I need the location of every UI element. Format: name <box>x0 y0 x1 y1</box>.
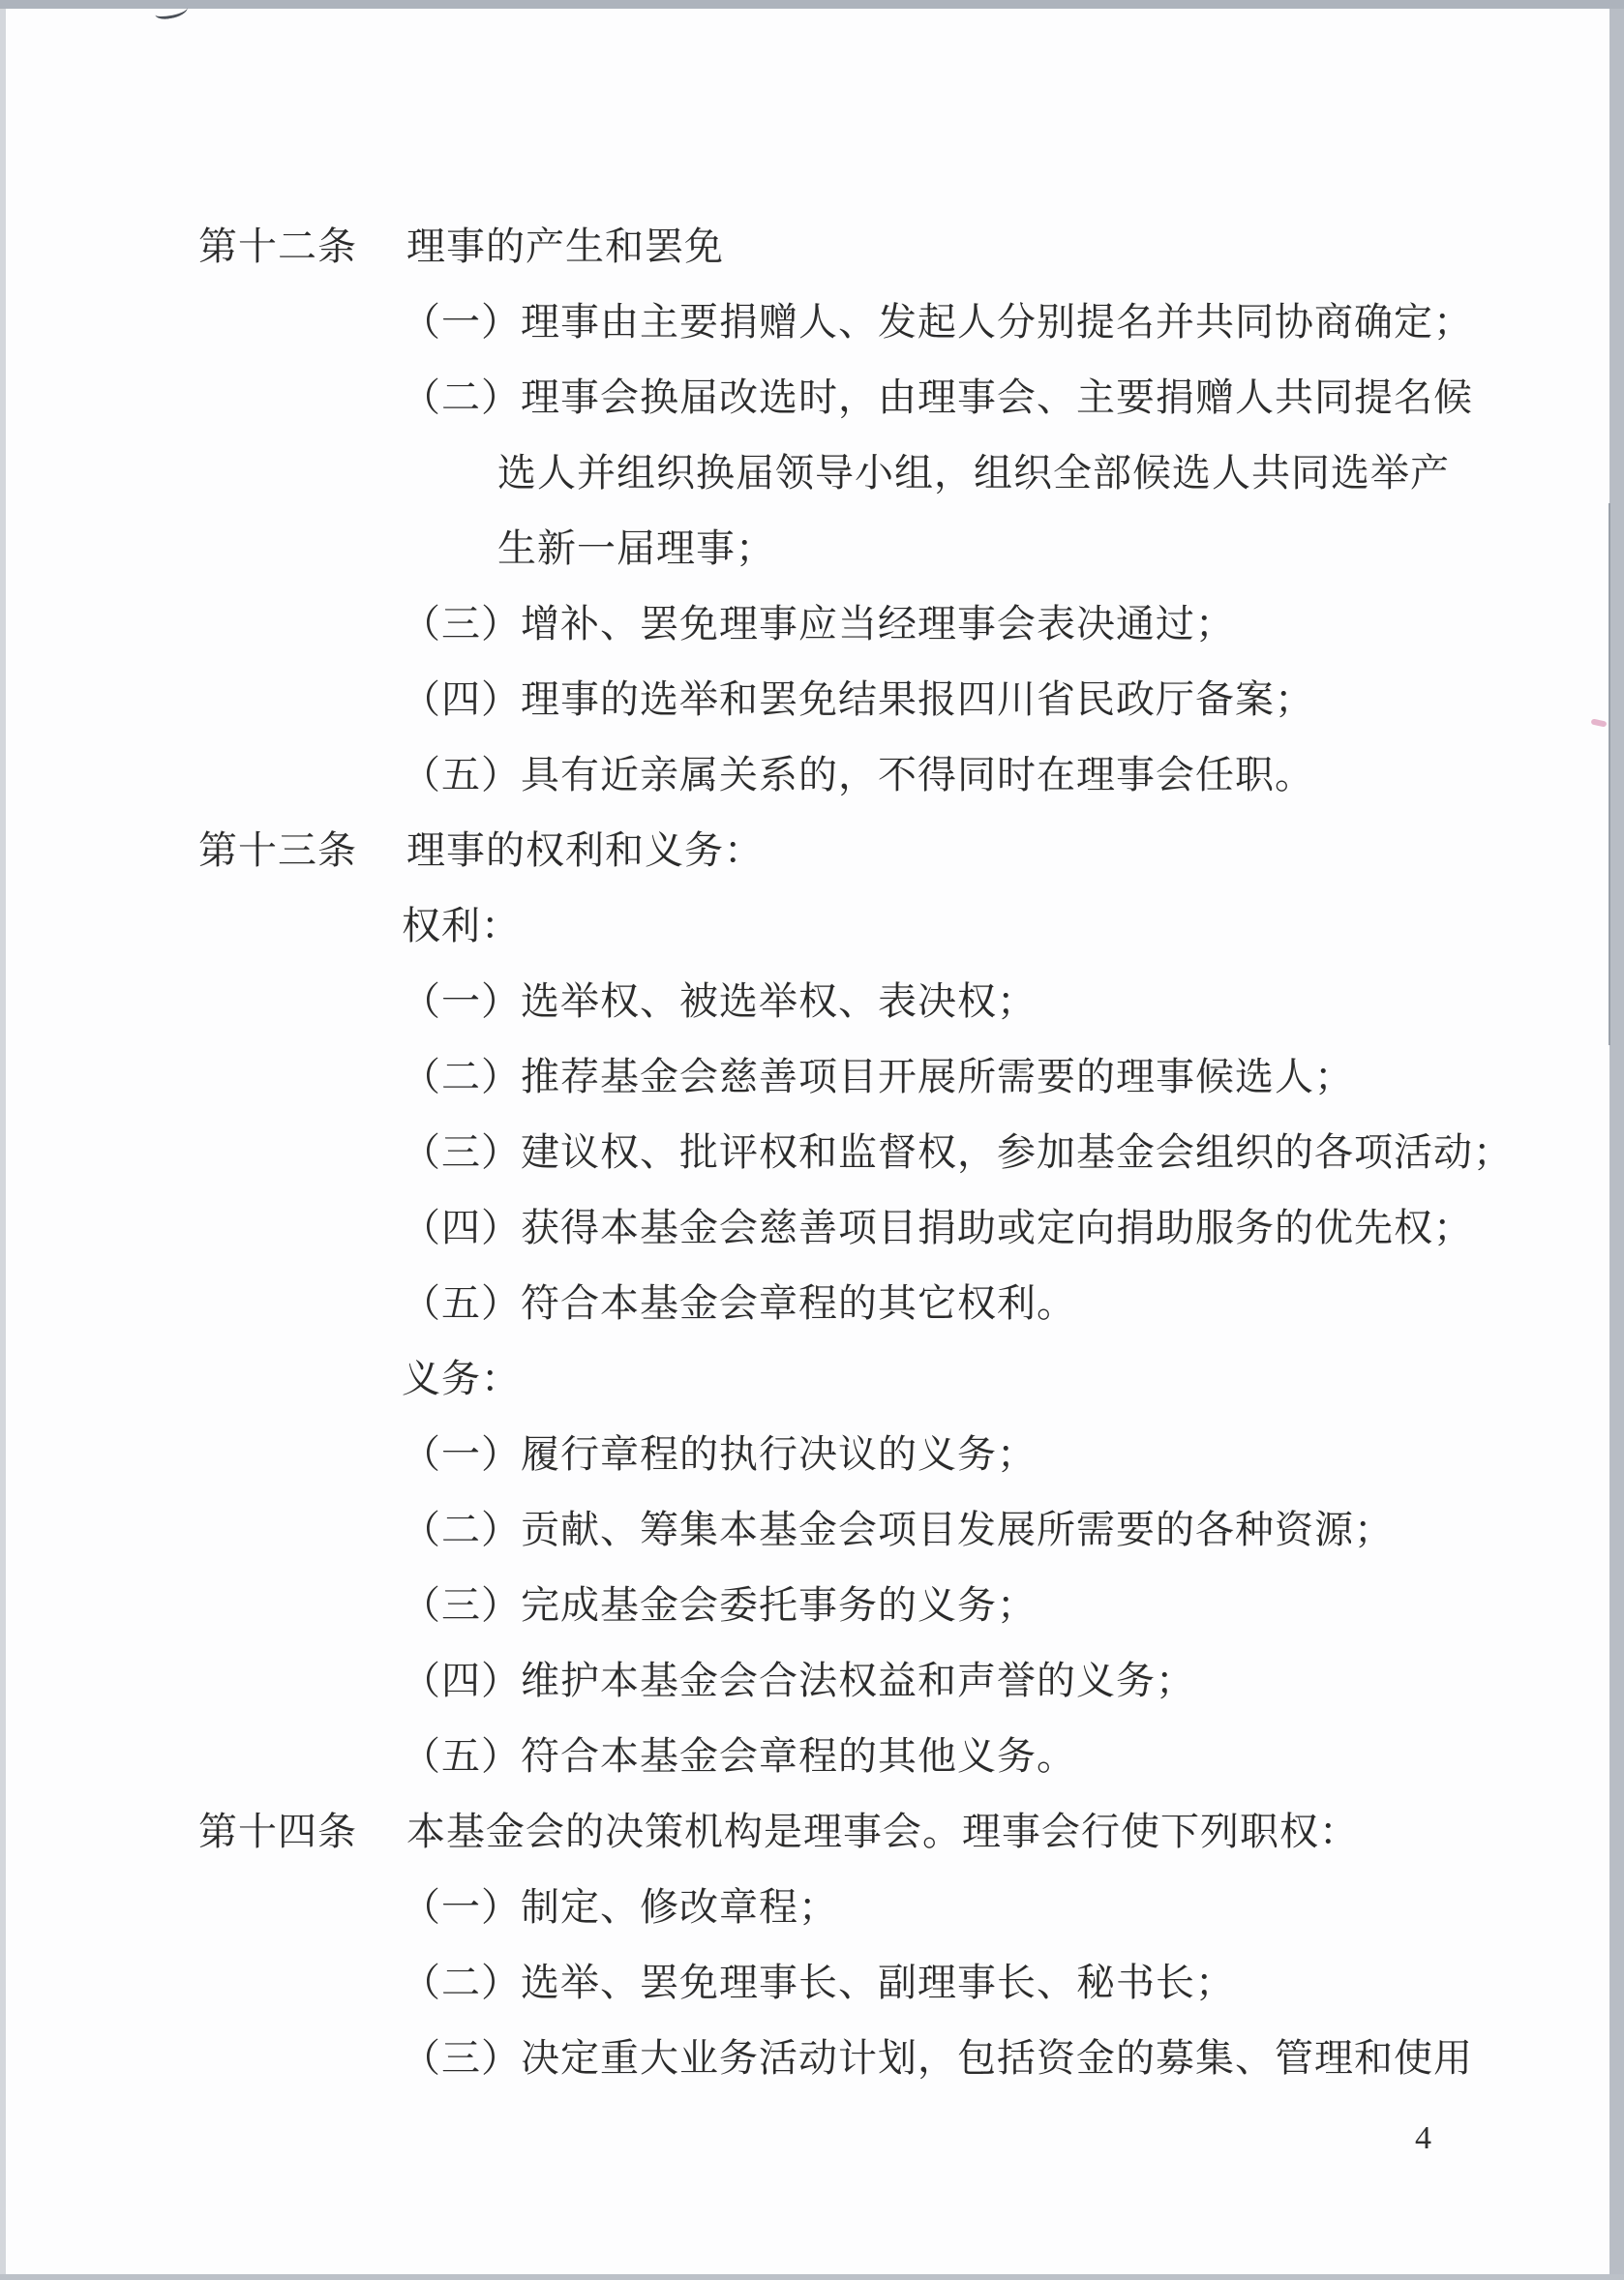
duties-item-2: （二）贡献、筹集本基金会项目发展所需要的各种资源； <box>0 1492 1624 1568</box>
subheading-text: 权利： <box>402 904 521 947</box>
scanned-document-page: 第十二条理事的产生和罢免 （一）理事由主要捐赠人、发起人分别提名并共同协商确定；… <box>0 0 1624 2280</box>
clause-text: （二）理事会换届改选时，由理事会、主要捐赠人共同提名候 <box>402 375 1473 419</box>
article-12-item-2-continuation-2: 生新一届理事； <box>0 511 1624 586</box>
duties-subheading: 义务： <box>0 1341 1624 1417</box>
article-12-item-4: （四）理事的选举和罢免结果报四川省民政厅备案； <box>0 662 1624 737</box>
clause-text: （三）建议权、批评权和监督权，参加基金会组织的各项活动； <box>402 1130 1513 1174</box>
clause-text: （二）贡献、筹集本基金会项目发展所需要的各种资源； <box>402 1508 1394 1551</box>
clause-text: 选人并组织换届领导小组，组织全部候选人共同选举产 <box>497 451 1450 495</box>
clause-text: （四）维护本基金会合法权益和声誉的义务； <box>402 1659 1195 1702</box>
article-13-title: 理事的权利和义务： <box>406 828 764 872</box>
article-12-item-2: （二）理事会换届改选时，由理事会、主要捐赠人共同提名候 <box>0 360 1624 435</box>
page-number: 4 <box>1415 2119 1431 2158</box>
rights-item-5: （五）符合本基金会章程的其它权利。 <box>0 1266 1624 1341</box>
clause-text: （五）符合本基金会章程的其它权利。 <box>402 1281 1076 1325</box>
article-14-number: 第十四条 <box>198 1794 406 1870</box>
article-14-item-2: （二）选举、罢免理事长、副理事长、秘书长； <box>0 1945 1624 2021</box>
clause-text: （二）选举、罢免理事长、副理事长、秘书长； <box>402 1961 1235 2004</box>
clause-text: （一）制定、修改章程； <box>402 1885 838 1929</box>
article-14-item-1: （一）制定、修改章程； <box>0 1870 1624 1945</box>
clause-text: 生新一届理事； <box>497 526 775 570</box>
article-14-title: 本基金会的决策机构是理事会。理事会行使下列职权： <box>406 1810 1359 1853</box>
clause-text: （五）具有近亲属关系的，不得同时在理事会任职。 <box>402 753 1314 796</box>
clause-text: （四）获得本基金会慈善项目捐助或定向捐助服务的优先权； <box>402 1206 1473 1249</box>
article-12-item-2-continuation-1: 选人并组织换届领导小组，组织全部候选人共同选举产 <box>0 435 1624 511</box>
duties-item-5: （五）符合本基金会章程的其他义务。 <box>0 1719 1624 1794</box>
clause-text: （三）完成基金会委托事务的义务； <box>402 1583 1037 1627</box>
clause-text: （一）选举权、被选举权、表决权； <box>402 979 1037 1023</box>
subheading-text: 义务： <box>402 1357 521 1400</box>
duties-item-4: （四）维护本基金会合法权益和声誉的义务； <box>0 1643 1624 1719</box>
rights-item-1: （一）选举权、被选举权、表决权； <box>0 964 1624 1039</box>
article-13-number: 第十三条 <box>198 813 406 888</box>
scan-edge-top <box>0 0 1624 9</box>
clause-text: （三）决定重大业务活动计划，包括资金的募集、管理和使用 <box>402 2036 1473 2080</box>
scan-edge-bottom <box>0 2274 1624 2280</box>
article-12-heading: 第十二条理事的产生和罢免 <box>0 209 1624 285</box>
clause-text: （四）理事的选举和罢免结果报四川省民政厅备案； <box>402 677 1314 721</box>
document-body: 第十二条理事的产生和罢免 （一）理事由主要捐赠人、发起人分别提名并共同协商确定；… <box>0 209 1624 2096</box>
article-12-item-3: （三）增补、罢免理事应当经理事会表决通过； <box>0 586 1624 662</box>
clause-text: （二）推荐基金会慈善项目开展所需要的理事候选人； <box>402 1055 1354 1098</box>
duties-item-3: （三）完成基金会委托事务的义务； <box>0 1568 1624 1643</box>
article-14-item-3: （三）决定重大业务活动计划，包括资金的募集、管理和使用 <box>0 2021 1624 2096</box>
rights-item-4: （四）获得本基金会慈善项目捐助或定向捐助服务的优先权； <box>0 1190 1624 1266</box>
pencil-mark <box>154 2 189 21</box>
article-12-item-1: （一）理事由主要捐赠人、发起人分别提名并共同协商确定； <box>0 285 1624 360</box>
clause-text: （三）增补、罢免理事应当经理事会表决通过； <box>402 602 1235 645</box>
clause-text: （一）理事由主要捐赠人、发起人分别提名并共同协商确定； <box>402 300 1473 344</box>
article-12-item-5: （五）具有近亲属关系的，不得同时在理事会任职。 <box>0 737 1624 813</box>
article-12-number: 第十二条 <box>198 209 406 285</box>
rights-subheading: 权利： <box>0 888 1624 964</box>
rights-item-2: （二）推荐基金会慈善项目开展所需要的理事候选人； <box>0 1039 1624 1115</box>
clause-text: （一）履行章程的执行决议的义务； <box>402 1432 1037 1476</box>
article-13-heading: 第十三条理事的权利和义务： <box>0 813 1624 888</box>
rights-item-3: （三）建议权、批评权和监督权，参加基金会组织的各项活动； <box>0 1115 1624 1190</box>
clause-text: （五）符合本基金会章程的其他义务。 <box>402 1734 1076 1778</box>
article-14-heading: 第十四条本基金会的决策机构是理事会。理事会行使下列职权： <box>0 1794 1624 1870</box>
duties-item-1: （一）履行章程的执行决议的义务； <box>0 1417 1624 1492</box>
article-12-title: 理事的产生和罢免 <box>406 225 724 268</box>
